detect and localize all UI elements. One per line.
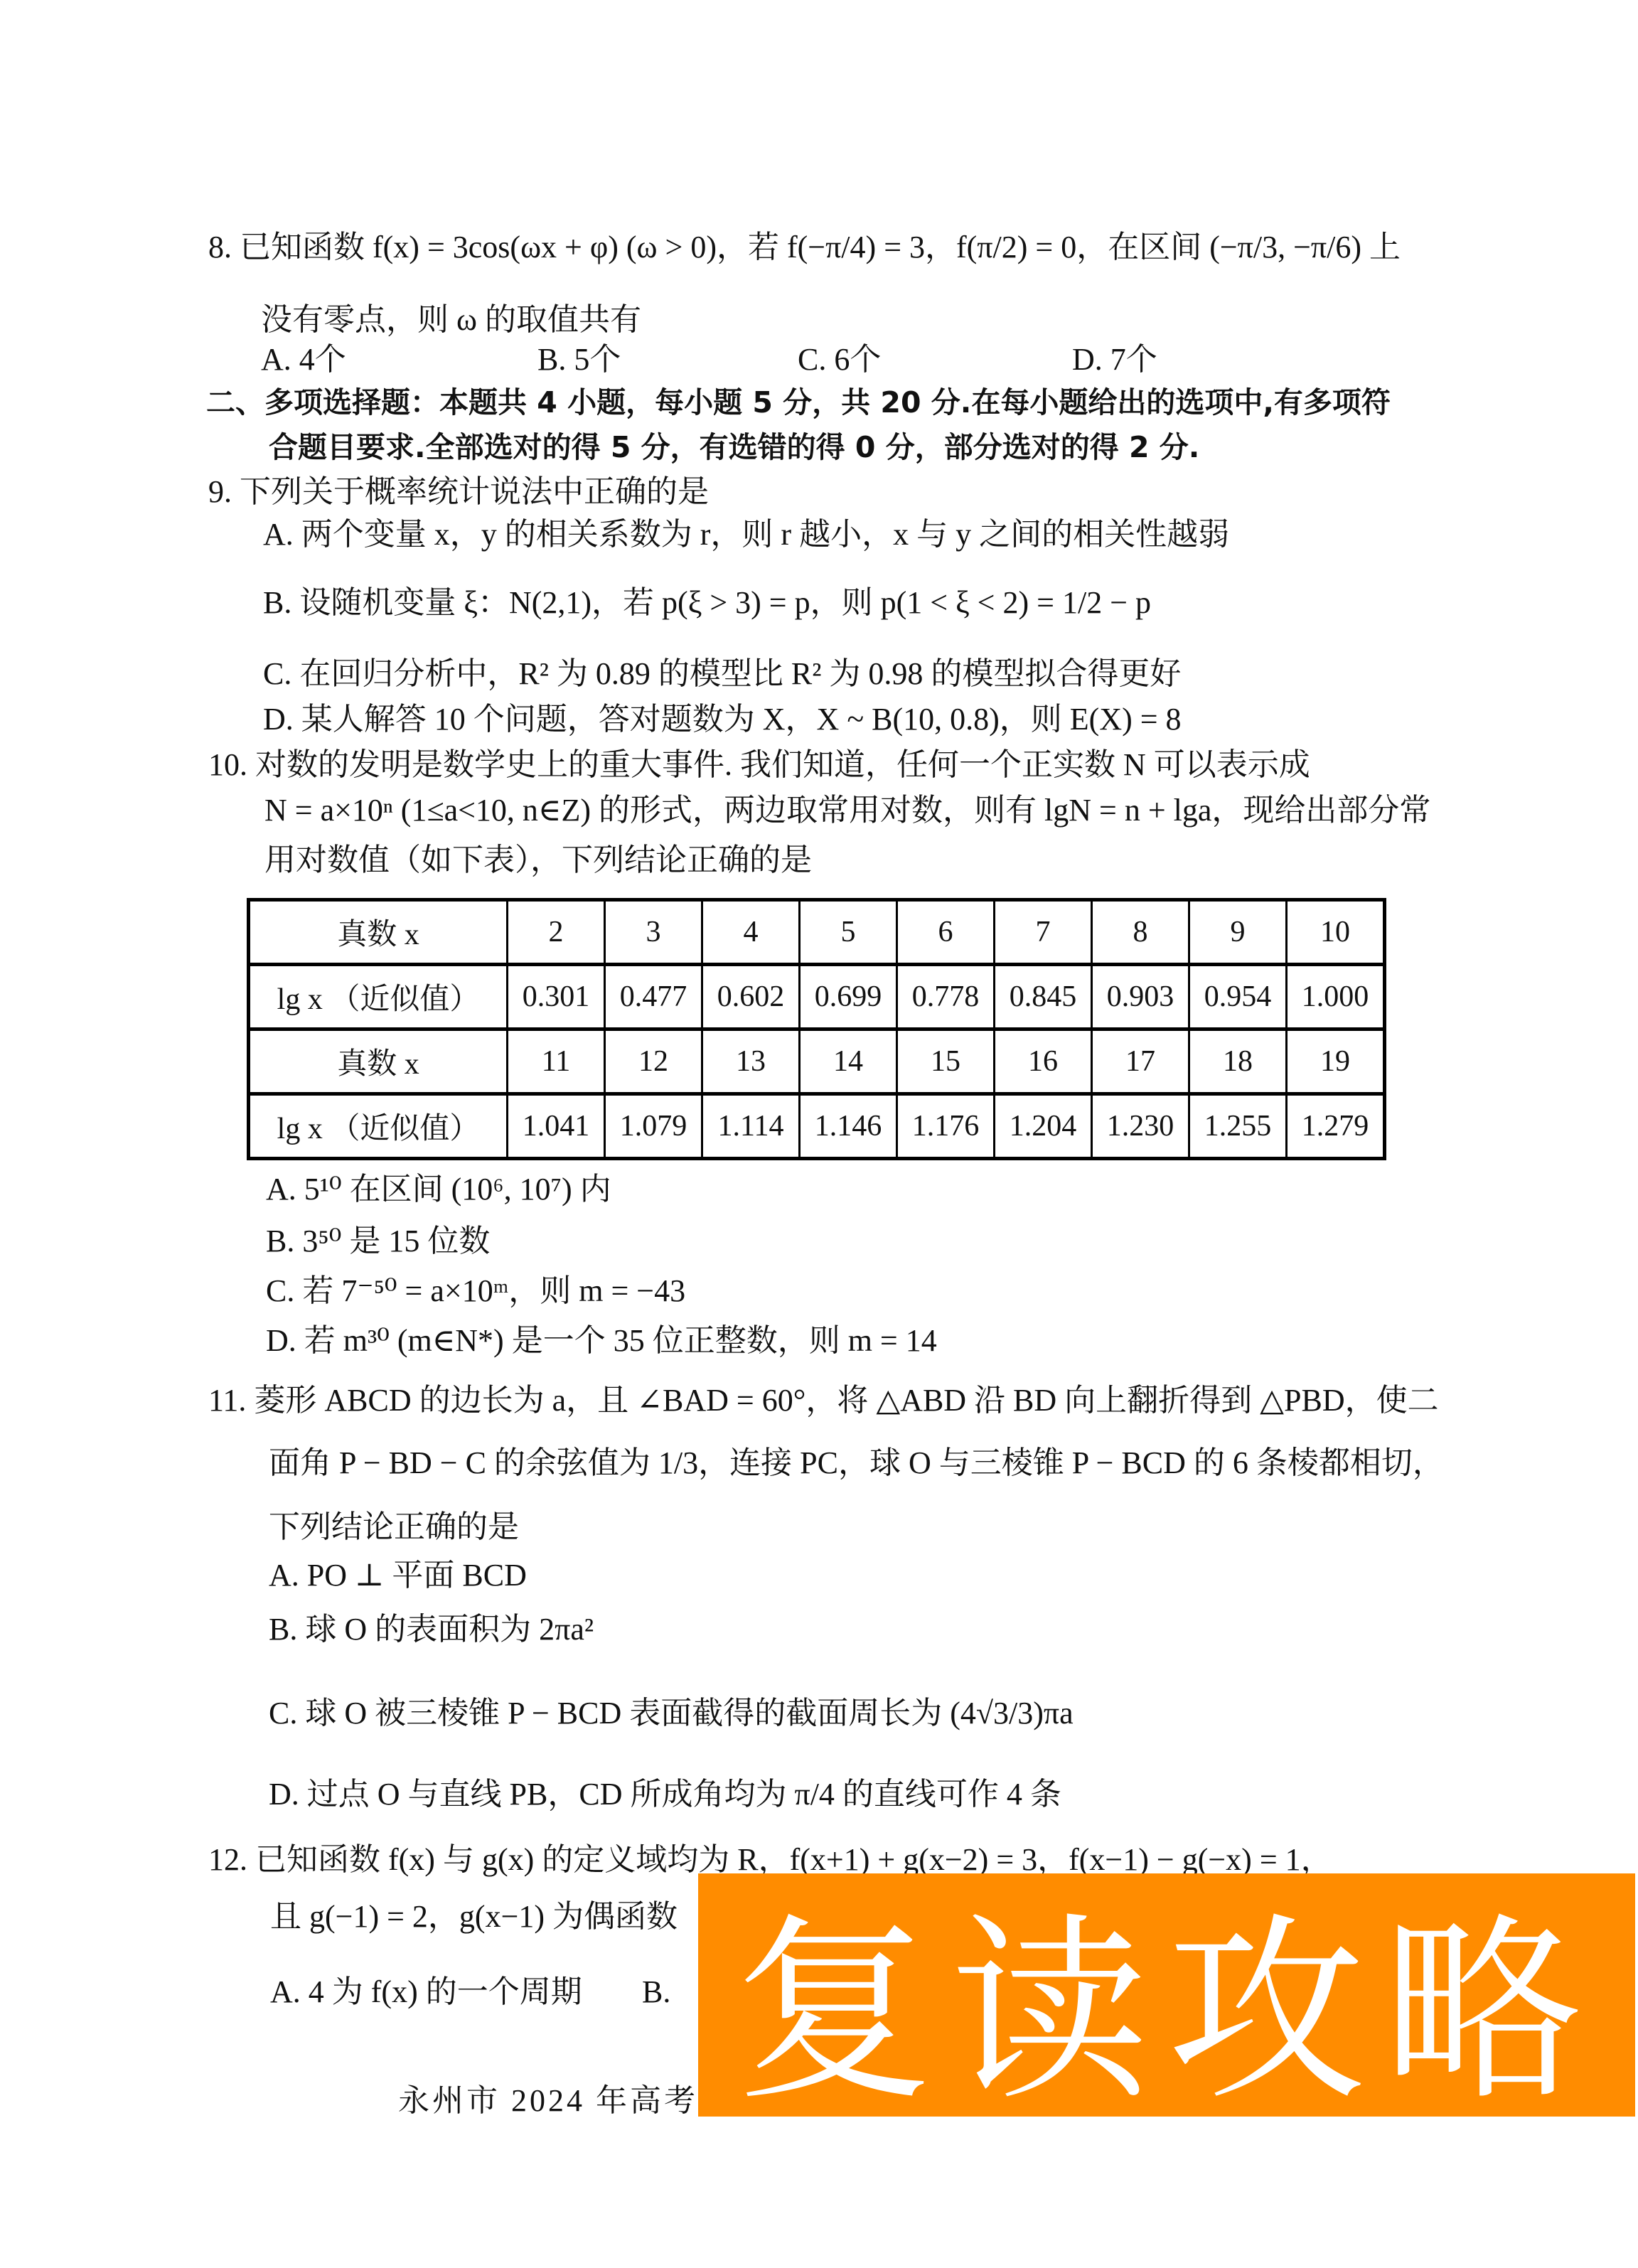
q9-option-c: C. 在回归分析中，R² 为 0.89 的模型比 R² 为 0.98 的模型拟合… — [263, 653, 1181, 695]
row-header: lg x （近似值） — [249, 1094, 508, 1159]
table-row: 真数 x 2 3 4 5 6 7 8 9 10 — [249, 900, 1385, 965]
q9-stem: 9. 下列关于概率统计说法中正确的是 — [208, 471, 709, 513]
q8-stem-line2: 没有零点，则 ω 的取值共有 — [261, 299, 641, 341]
q8-stem-line1: 8. 已知函数 f(x) = 3cos(ωx + φ) (ω > 0)，若 f(… — [208, 226, 1401, 269]
row-header: lg x （近似值） — [249, 965, 508, 1029]
q10-option-d: D. 若 m³⁰ (m∈N*) 是一个 35 位正整数，则 m = 14 — [266, 1320, 937, 1362]
q10-stem-line3: 用对数值（如下表），下列结论正确的是 — [264, 839, 812, 882]
q9-option-b: B. 设随机变量 ξ：N(2,1)，若 p(ξ > 3) = p，则 p(1 <… — [263, 582, 1151, 624]
q10-option-a: A. 5¹⁰ 在区间 (10⁶, 10⁷) 内 — [266, 1168, 611, 1211]
option-c: C. 6个 — [798, 338, 1072, 381]
q10-option-b: B. 3⁵⁰ 是 15 位数 — [266, 1220, 490, 1263]
watermark-banner: 复读攻略 — [698, 1873, 1635, 2117]
q10-option-c: C. 若 7⁻⁵⁰ = a×10ᵐ，则 m = −43 — [266, 1270, 685, 1312]
q11-option-a: A. PO ⊥ 平面 BCD — [269, 1554, 527, 1597]
q10-stem-line1: 10. 对数的发明是数学史上的重大事件. 我们知道，任何一个正实数 N 可以表示… — [208, 744, 1310, 786]
table-row: lg x （近似值） 1.041 1.079 1.114 1.146 1.176… — [249, 1094, 1385, 1159]
table-row: lg x （近似值） 0.301 0.477 0.602 0.699 0.778… — [249, 965, 1385, 1029]
table-row: 真数 x 11 12 13 14 15 16 17 18 19 — [249, 1029, 1385, 1094]
question-text: 已知函数 f(x) = 3cos(ωx + φ) (ω > 0)，若 f(−π/… — [240, 230, 1401, 264]
log-table: 真数 x 2 3 4 5 6 7 8 9 10 lg x （近似值） 0.301… — [247, 898, 1386, 1160]
row-header: 真数 x — [249, 900, 508, 965]
q9-option-a: A. 两个变量 x，y 的相关系数为 r，则 r 越小，x 与 y 之间的相关性… — [263, 513, 1229, 556]
q11-option-d: D. 过点 O 与直线 PB，CD 所成角均为 π/4 的直线可作 4 条 — [269, 1773, 1061, 1816]
q11-option-c: C. 球 O 被三棱锥 P − BCD 表面截得的截面周长为 (4√3/3)πa — [269, 1692, 1074, 1735]
section-header-line2: 合题目要求.全部选对的得 5 分，有选错的得 0 分，部分选对的得 2 分. — [269, 427, 1199, 468]
q11-stem-line1: 11. 菱形 ABCD 的边长为 a，且 ∠BAD = 60°，将 △ABD 沿… — [208, 1379, 1439, 1422]
q11-option-b: B. 球 O 的表面积为 2πa² — [269, 1608, 594, 1651]
q8-options: A. 4个 B. 5个 C. 6个 D. 7个 — [261, 338, 1157, 381]
page-footer: 永州市 2024 年高考第 — [398, 2075, 732, 2120]
q10-stem-line2: N = a×10ⁿ (1≤a<10, n∈Z) 的形式，两边取常用对数，则有 l… — [264, 789, 1430, 832]
watermark-text: 复读攻略 — [734, 1852, 1599, 2138]
row-header: 真数 x — [249, 1029, 508, 1094]
q12-option-b: B. — [642, 1971, 670, 2013]
q12-option-a: A. 4 为 f(x) 的一个周期 — [270, 1971, 582, 2013]
section-header-line1: 二、多项选择题：本题共 4 小题，每小题 5 分，共 20 分.在每小题给出的选… — [206, 382, 1391, 423]
q11-stem-line2: 面角 P − BD − C 的余弦值为 1/3，连接 PC，球 O 与三棱锥 P… — [269, 1442, 1444, 1485]
q12-stem-line2: 且 g(−1) = 2，g(x−1) 为偶函数 — [270, 1895, 678, 1938]
q9-option-d: D. 某人解答 10 个问题，答对题数为 X，X ~ B(10, 0.8)，则 … — [263, 698, 1182, 741]
option-d: D. 7个 — [1072, 338, 1157, 381]
question-number: 8. — [208, 230, 232, 264]
option-b: B. 5个 — [537, 338, 798, 381]
q11-stem-line3: 下列结论正确的是 — [269, 1506, 519, 1548]
option-a: A. 4个 — [261, 338, 537, 381]
